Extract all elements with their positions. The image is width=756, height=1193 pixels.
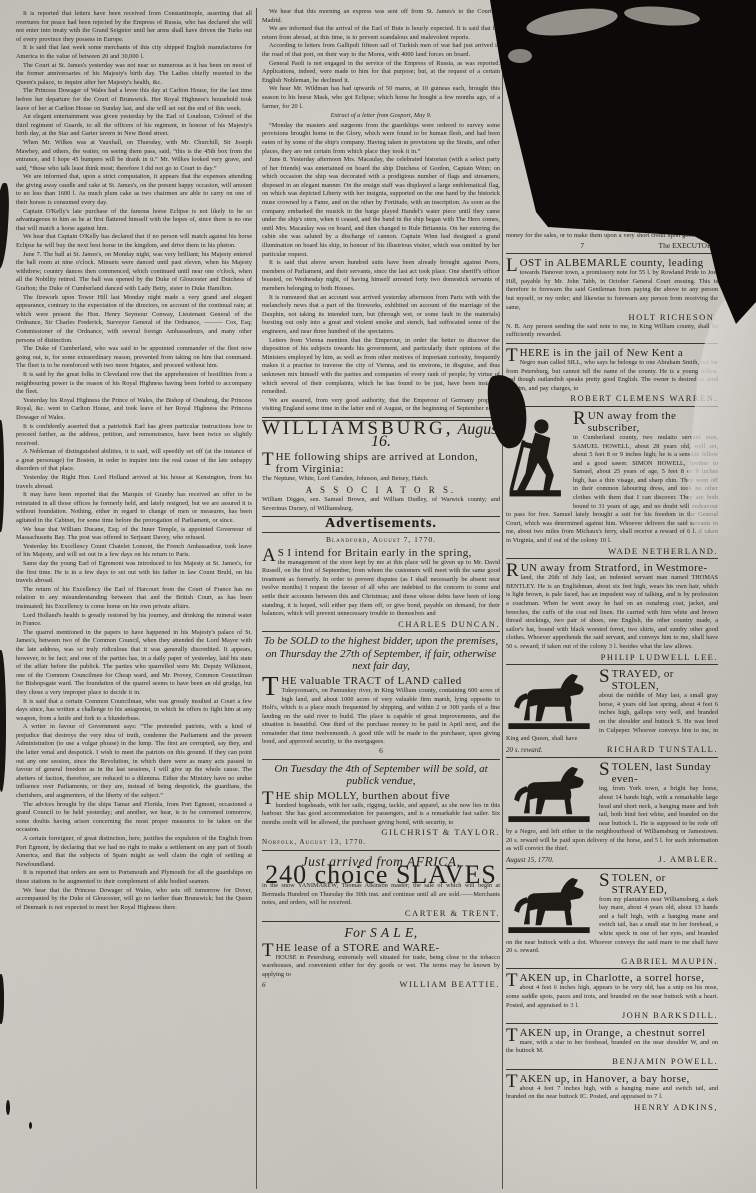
ad-signature-row: 20 s. reward.RICHARD TUNSTALL. [506, 745, 718, 755]
news-paragraph: It may have been reported that the Marqu… [16, 491, 252, 525]
ad-lead: THE following ships are arrived at Londo… [262, 451, 500, 475]
ad-body: about 4 feet 6 inches high, appears to b… [506, 984, 718, 1010]
news-paragraph: A writer in favour of Government says: “… [16, 723, 252, 800]
heading-place: WILLIAMSBURG, [262, 418, 454, 439]
drop-cap: A [262, 547, 278, 563]
ad-signature: GABRIEL MAUPIN. [621, 957, 718, 966]
news-paragraph: It is said that above seven hundred suit… [262, 259, 500, 293]
ad-signature-row: PHILIP LUDWELL LEE. [506, 653, 718, 662]
column-rule-left [256, 8, 257, 1189]
page-edge-mark [29, 1122, 32, 1129]
ad-lead-text: TOLEN, last Sunday even- [612, 761, 712, 785]
ad-note: 6 [262, 747, 500, 756]
horse-woodcut [506, 670, 594, 730]
ad-signature-row: BENJAMIN POWELL. [506, 1057, 718, 1066]
ad-signature: CHARLES DUNCAN. [398, 620, 500, 629]
news-paragraph: According to letters from Gallipoli fift… [262, 42, 500, 59]
ad-lead-text: HE valuable TRACT of LAND called [282, 675, 462, 687]
ad-lead-text: TRAYED, or STOLEN, [612, 668, 674, 692]
section-rule [506, 968, 718, 969]
news-paragraph: The advices brought by the ships Tamar a… [16, 801, 252, 835]
news-paragraph: Yesterday his Royal Highness the Prince … [16, 397, 252, 423]
ad-display-line: On Tuesday the 4th of September will be … [262, 763, 500, 788]
news-paragraph: When Mr. Wilkes was at Vauxhall, on Thur… [16, 139, 252, 173]
section-rule [506, 558, 718, 559]
ad-lead-text: HE lease of a STORE and WARE- [276, 942, 440, 954]
ad-signature-row: GILCHRIST & TAYLOR. [262, 828, 500, 837]
news-paragraph: It is said that last week some merchants… [16, 44, 252, 61]
ad-signature-row: August 15, 1770.J. AMBLER. [506, 855, 718, 865]
news-paragraph: Yesterday the Right Hon. Lord Holland ar… [16, 474, 252, 491]
drop-cap: S [599, 872, 612, 888]
advertisement: TAKEN up, in Orange, a chestnut sorrelma… [506, 1027, 718, 1066]
drop-cap: T [262, 790, 276, 806]
advertisement: TAKEN up, in Charlotte, a sorrel horse,a… [506, 972, 718, 1019]
news-paragraph: We are informed that, upon a strict comp… [16, 173, 252, 207]
news-paragraph: June 8. Yesterday afternoon Mrs. Macaula… [262, 156, 500, 259]
ad-lead-text: AKEN up, in Hanover, a bay horse, [520, 1073, 690, 1085]
news-paragraph: It is confidently asserted that a patrio… [16, 423, 252, 449]
advertisement: STRAYED, or STOLEN,about the middle of M… [506, 668, 718, 754]
advertisement: THE following ships are arrived at Londo… [262, 451, 500, 484]
advertisement: STOLEN, last Sunday even-ing, from York … [506, 761, 718, 864]
middle-column: We hear that this morning an express was… [262, 8, 500, 991]
news-paragraph: Letters from Vienna mention that the Emp… [262, 337, 500, 397]
ad-signature: RICHARD TUNSTALL. [607, 745, 718, 754]
section-rule [506, 343, 718, 344]
news-paragraph: We are assured, from very good authority… [262, 397, 500, 414]
paragraph: William Digges, sen. Samuel Brown, and W… [262, 496, 500, 513]
drop-cap: T [262, 451, 276, 467]
ad-date: August 15, 1770. [506, 856, 553, 865]
news-paragraph: It is said that a certain Common Council… [16, 698, 252, 724]
ad-lead-text: HE ship MOLLY, burthen about five [276, 790, 450, 802]
ad-lead: THERE is in the jail of New Kent a [506, 347, 718, 359]
advertisement: THE valuable TRACT of LAND calledTukeyco… [262, 675, 500, 756]
ad-lead: TAKEN up, in Orange, a chestnut sorrel [506, 1027, 718, 1039]
news-paragraph: We hear that William Ducane, Esq; of the… [16, 526, 252, 543]
advertisement: THE lease of a STORE and WARE-HOUSE in P… [262, 942, 500, 990]
ad-body: The Neptune, White, Lord Camden, Johnson… [262, 475, 500, 484]
ad-body: Negro man called SILL, who says he belon… [506, 359, 718, 393]
drop-cap: T [262, 942, 276, 958]
page-edge-mark [0, 974, 4, 1024]
ad-lead-text: S I intend for Britain early in the spri… [278, 547, 472, 559]
news-paragraph: The Princess Dowager of Wales had a leve… [16, 87, 252, 113]
ad-body: mare, with a star in her forehead, brand… [506, 1039, 718, 1056]
news-paragraph: Lord Holland's health is greatly restore… [16, 612, 252, 629]
ad-body: Tukeycoman's, on Pamunkey river, in King… [262, 687, 500, 747]
ad-signature: BENJAMIN POWELL. [612, 1057, 718, 1066]
drop-cap: T [506, 347, 520, 363]
drop-cap: T [506, 1073, 520, 1089]
dateline: Blandford, August 7, 1770. [262, 536, 500, 545]
ad-body: land, the 26th of July last, an indented… [506, 574, 718, 651]
ad-lead-text: UN away from Stratford, in Westmore- [521, 562, 708, 574]
advertisement: in the snow YANIMAREW, Thomas Atkinson m… [262, 882, 500, 917]
news-paragraph: It is rumoured that an account was arriv… [262, 294, 500, 337]
ad-signature-row: HENRY ADKINS, [506, 1103, 718, 1112]
torn-corner-black-region [486, 0, 756, 340]
advertisement: RUN away from the subscriber,in Cumberla… [506, 410, 718, 555]
news-paragraph: A Nobleman of distinguished abilities, i… [16, 448, 252, 474]
ad-body: in the snow YANIMAREW, Thomas Atkinson m… [262, 882, 500, 908]
ad-signature-row: GABRIEL MAUPIN. [506, 957, 718, 966]
news-paragraph: We hear that this morning an express was… [262, 8, 500, 25]
news-paragraph: It is reported that orders are sent to P… [16, 869, 252, 886]
news-paragraph: The return of his Excellency the Earl of… [16, 586, 252, 612]
drop-cap: T [506, 1027, 520, 1043]
ad-lead: RUN away from Stratford, in Westmore- [506, 562, 718, 574]
ad-signature-row: JOHN BARKSDILL. [506, 1011, 718, 1020]
ad-signature-row: ROBERT CLEMENS WARREN. [506, 394, 718, 403]
ad-lead: TAKEN up, in Hanover, a bay horse, [506, 1073, 718, 1085]
ad-body: HOUSE in Petersburg, extremely well situ… [262, 954, 500, 980]
ad-signature: HENRY ADKINS, [634, 1103, 718, 1112]
dateline: Norfolk, August 13, 1770. [262, 838, 500, 847]
ad-lead-text: HERE is in the jail of New Kent a [520, 347, 684, 359]
ad-lead: THE ship MOLLY, burthen about five [262, 790, 500, 802]
advertisement: THERE is in the jail of New Kent aNegro … [506, 347, 718, 403]
news-paragraph: The firework upon Tower Hill last Monday… [16, 294, 252, 346]
section-rule [262, 631, 500, 632]
ad-lead: THE lease of a STORE and WARE- [262, 942, 500, 954]
page-edge-mark [0, 650, 6, 792]
ad-body: hundred hogsheads, with her sails, riggi… [262, 802, 500, 828]
ad-signature: J. AMBLER. [658, 855, 718, 864]
advertisements-heading: Advertisements. [262, 520, 500, 529]
advertisement: THE ship MOLLY, burthen about fivehundre… [262, 790, 500, 837]
news-paragraph: The Court at St. James's yesterday was n… [16, 62, 252, 88]
newspaper-page: It is reported that letters have been re… [0, 0, 756, 1193]
page-edge-mark [0, 183, 10, 270]
ad-display-line: To be SOLD to the highest bidder, upon t… [262, 635, 500, 673]
news-paragraph: We are informed that the arrival of the … [262, 25, 500, 42]
drop-cap: T [262, 675, 282, 697]
news-paragraph: The Duke of Cumberland, who was said to … [16, 345, 252, 371]
drop-cap: S [599, 761, 612, 777]
news-paragraph: An elegant entertainment was given yeste… [16, 113, 252, 139]
news-paragraph: We hear that Captain O'Kelly has declare… [16, 233, 252, 250]
ad-lead: AS I intend for Britain early in the spr… [262, 547, 500, 559]
news-paragraph: General Paoli is not engaged in the serv… [262, 60, 500, 86]
horse-woodcut [506, 763, 594, 823]
news-paragraph: A certain forreigner, of great distincti… [16, 835, 252, 869]
news-paragraph: Captain O'Kelly's late purchase of the f… [16, 208, 252, 234]
ad-display-line: For S A L E, [262, 925, 500, 940]
news-paragraph: It is said by the great folks in Clevela… [16, 371, 252, 397]
advertisement: RUN away from Stratford, in Westmore-lan… [506, 562, 718, 661]
news-paragraph: Yesterday his Excellency Count Chatelet … [16, 543, 252, 560]
letter-extract-heading: Extract of a letter from Gosport, May 9. [262, 112, 500, 121]
ad-signature: CARTER & TRENT. [405, 909, 500, 918]
ad-signature-row: CHARLES DUNCAN. [262, 620, 500, 629]
page-edge-mark [6, 1100, 10, 1115]
ad-lead: TAKEN up, in Charlotte, a sorrel horse, [506, 972, 718, 984]
left-column: It is reported that letters have been re… [16, 10, 252, 912]
ad-signature: GILCHRIST & TAYLOR. [381, 828, 500, 837]
advertisement: AS I intend for Britain early in the spr… [262, 547, 500, 629]
ad-date: 20 s. reward. [506, 746, 542, 755]
drop-cap: T [506, 972, 520, 988]
drop-cap: S [599, 668, 612, 684]
ad-signature-row: WADE NETHERLAND. [506, 547, 718, 556]
section-rule [506, 406, 718, 407]
section-rule [506, 868, 718, 869]
section-rule [262, 759, 500, 760]
ad-signature: WADE NETHERLAND. [608, 547, 718, 556]
section-rule [262, 532, 500, 533]
ad-signature: JOHN BARKSDILL. [622, 1011, 718, 1020]
section-rule [262, 921, 500, 922]
associators-heading: A S S O C I A T O R S. [262, 486, 500, 495]
ad-lead-text: HE following ships are arrived at London… [276, 451, 478, 475]
section-rule [506, 757, 718, 758]
news-paragraph: June 7. The ball at St. James's, on Mond… [16, 251, 252, 294]
news-paragraph: The quarrel mentioned in the papers to h… [16, 629, 252, 698]
ad-signature: WILLIAM BEATTIE. [400, 980, 500, 989]
advertisement: TAKEN up, in Hanover, a bay horse,about … [506, 1073, 718, 1112]
slaves-headline: 240 choice SLAVES [262, 871, 500, 880]
ad-lead-text: AKEN up, in Orange, a chestnut sorrel [520, 1027, 706, 1039]
drop-cap: R [506, 562, 521, 578]
ad-body: about 4 feet 7 inches high, with a hangi… [506, 1085, 718, 1102]
ad-signature-row: CARTER & TRENT. [262, 909, 500, 918]
ad-lead: THE valuable TRACT of LAND called [262, 675, 500, 687]
ad-lead-text: AKEN up, in Charlotte, a sorrel horse, [520, 972, 705, 984]
ad-body: the management of the store kept by me a… [262, 559, 500, 619]
ad-signature-row: 6WILLIAM BEATTIE. [262, 980, 500, 990]
advertisement: STOLEN, or STRAYED,from my plantation ne… [506, 872, 718, 966]
horse-woodcut [506, 874, 594, 934]
news-paragraph: “Monday the masters and surgeons from th… [262, 122, 500, 156]
section-rule [506, 664, 718, 665]
ad-date: 6 [262, 981, 266, 990]
news-paragraph: We hear that the Princess Dowager of Wal… [16, 887, 252, 913]
ad-signature: PHILIP LUDWELL LEE. [601, 653, 718, 662]
ad-lead-text: UN away from the subscriber, [588, 410, 677, 434]
news-paragraph: Same day the young Earl of Egremont was … [16, 560, 252, 586]
page-edge-mark [0, 420, 4, 532]
williamsburg-heading: WILLIAMSBURG,August 16. [262, 425, 500, 449]
section-rule [262, 850, 500, 851]
news-paragraph: It is reported that letters have been re… [16, 10, 252, 44]
news-paragraph: We hear Mr. Wildman has had upwards of 5… [262, 85, 500, 111]
ad-lead-text: TOLEN, or STRAYED, [612, 872, 668, 896]
drop-cap: R [573, 410, 588, 426]
section-rule [506, 1069, 718, 1070]
section-rule [506, 1023, 718, 1024]
